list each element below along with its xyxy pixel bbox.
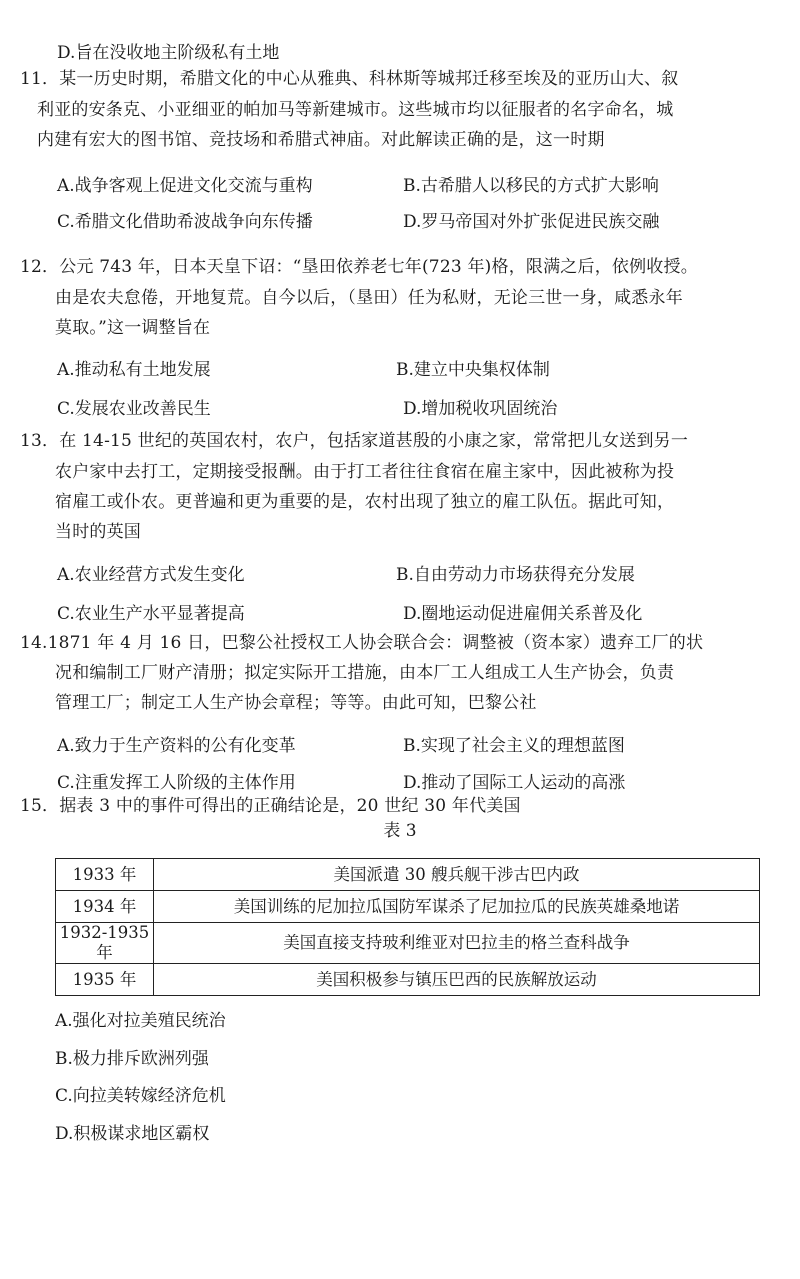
q11-option-d: D.罗马帝国对外扩张促进民族交融	[403, 211, 659, 233]
table-cell-event: 美国直接支持玻利维亚对巴拉圭的格兰查科战争	[154, 923, 760, 964]
table-cell-event: 美国训练的尼加拉瓜国防军谋杀了尼加拉瓜的民族英雄桑地诺	[154, 891, 760, 923]
q13-stem-line-2: 农户家中去打工，定期接受报酬。由于打工者往往食宿在雇主家中，因此被称为投	[55, 461, 674, 483]
q12-stem-line-3: 莫取。”这一调整旨在	[55, 317, 210, 339]
q12-option-a: A.推动私有土地发展	[57, 359, 211, 381]
table-row: 1932-1935 年 美国直接支持玻利维亚对巴拉圭的格兰查科战争	[56, 923, 760, 964]
q14-option-a: A.致力于生产资料的公有化变革	[57, 735, 296, 757]
q14-stem-line-2: 况和编制工厂财产清册；拟定实际开工措施，由本厂工人组成工人生产协会，负责	[55, 662, 674, 684]
q13-option-b: B.自由劳动力市场获得充分发展	[396, 564, 635, 586]
table-caption: 表 3	[0, 820, 800, 842]
table-cell-event: 美国派遣 30 艘兵舰干涉古巴内政	[154, 859, 760, 891]
events-table: 1933 年 美国派遣 30 艘兵舰干涉古巴内政 1934 年 美国训练的尼加拉…	[55, 858, 760, 996]
q14-option-c: C.注重发挥工人阶级的主体作用	[57, 772, 296, 794]
table-cell-year: 1933 年	[56, 859, 154, 891]
q13-option-c: C.农业生产水平显著提高	[57, 603, 245, 625]
q15-option-a: A.强化对拉美殖民统治	[55, 1010, 226, 1032]
q14-option-d: D.推动了国际工人运动的高涨	[403, 772, 625, 794]
q12-option-d: D.增加税收巩固统治	[403, 398, 557, 420]
q11-option-a: A.战争客观上促进文化交流与重构	[57, 175, 313, 197]
q15-option-b: B.极力排斥欧洲列强	[55, 1048, 209, 1070]
q12-stem-line-1: 12．公元 743 年，日本天皇下诏：“垦田依养老七年(723 年)格，限满之后…	[20, 256, 698, 278]
q11-stem-line-2: 利亚的安条克、小亚细亚的帕加马等新建城市。这些城市均以征服者的名字命名，城	[37, 99, 673, 121]
q14-stem-line-3: 管理工厂；制定工人生产协会章程；等等。由此可知，巴黎公社	[55, 692, 537, 714]
table-row: 1933 年 美国派遣 30 艘兵舰干涉古巴内政	[56, 859, 760, 891]
q13-option-a: A.农业经营方式发生变化	[57, 564, 245, 586]
q13-stem-line-4: 当时的英国	[55, 521, 141, 543]
q14-option-b: B.实现了社会主义的理想蓝图	[403, 735, 625, 757]
q15-stem: 15．据表 3 中的事件可得出的正确结论是，20 世纪 30 年代美国	[20, 795, 521, 817]
table-row: 1934 年 美国训练的尼加拉瓜国防军谋杀了尼加拉瓜的民族英雄桑地诺	[56, 891, 760, 923]
q13-stem-line-3: 宿雇工或仆农。更普遍和更为重要的是，农村出现了独立的雇工队伍。据此可知，	[55, 491, 674, 513]
table-cell-year: 1932-1935 年	[56, 923, 154, 964]
q11-stem-line-3: 内建有宏大的图书馆、竞技场和希腊式神庙。对此解读正确的是，这一时期	[37, 129, 605, 151]
q11-stem-line-1: 11．某一历史时期，希腊文化的中心从雅典、科林斯等城邦迁移至埃及的亚历山大、叙	[20, 68, 678, 90]
q15-option-d: D.积极谋求地区霸权	[55, 1123, 209, 1145]
table-row: 1935 年 美国积极参与镇压巴西的民族解放运动	[56, 964, 760, 996]
q11-option-b: B.古希腊人以移民的方式扩大影响	[403, 175, 659, 197]
q15-option-c: C.向拉美转嫁经济危机	[55, 1085, 226, 1107]
q14-stem-line-1: 14.1871 年 4 月 16 日，巴黎公社授权工人协会联合会：调整被（资本家…	[20, 632, 703, 654]
table-cell-event: 美国积极参与镇压巴西的民族解放运动	[154, 964, 760, 996]
q12-option-b: B.建立中央集权体制	[396, 359, 550, 381]
q12-stem-line-2: 由是农夫怠倦，开地复荒。自今以后，（垦田）任为私财，无论三世一身，咸悉永年	[55, 287, 683, 309]
table-cell-year: 1934 年	[56, 891, 154, 923]
q13-option-d: D.圈地运动促进雇佣关系普及化	[403, 603, 642, 625]
q12-option-c: C.发展农业改善民生	[57, 398, 211, 420]
q13-stem-line-1: 13．在 14-15 世纪的英国农村，农户，包括家道甚殷的小康之家，常常把儿女送…	[20, 430, 688, 452]
table-cell-year: 1935 年	[56, 964, 154, 996]
q10-option-d: D.旨在没收地主阶级私有土地	[57, 42, 279, 64]
q11-option-c: C.希腊文化借助希波战争向东传播	[57, 211, 313, 233]
